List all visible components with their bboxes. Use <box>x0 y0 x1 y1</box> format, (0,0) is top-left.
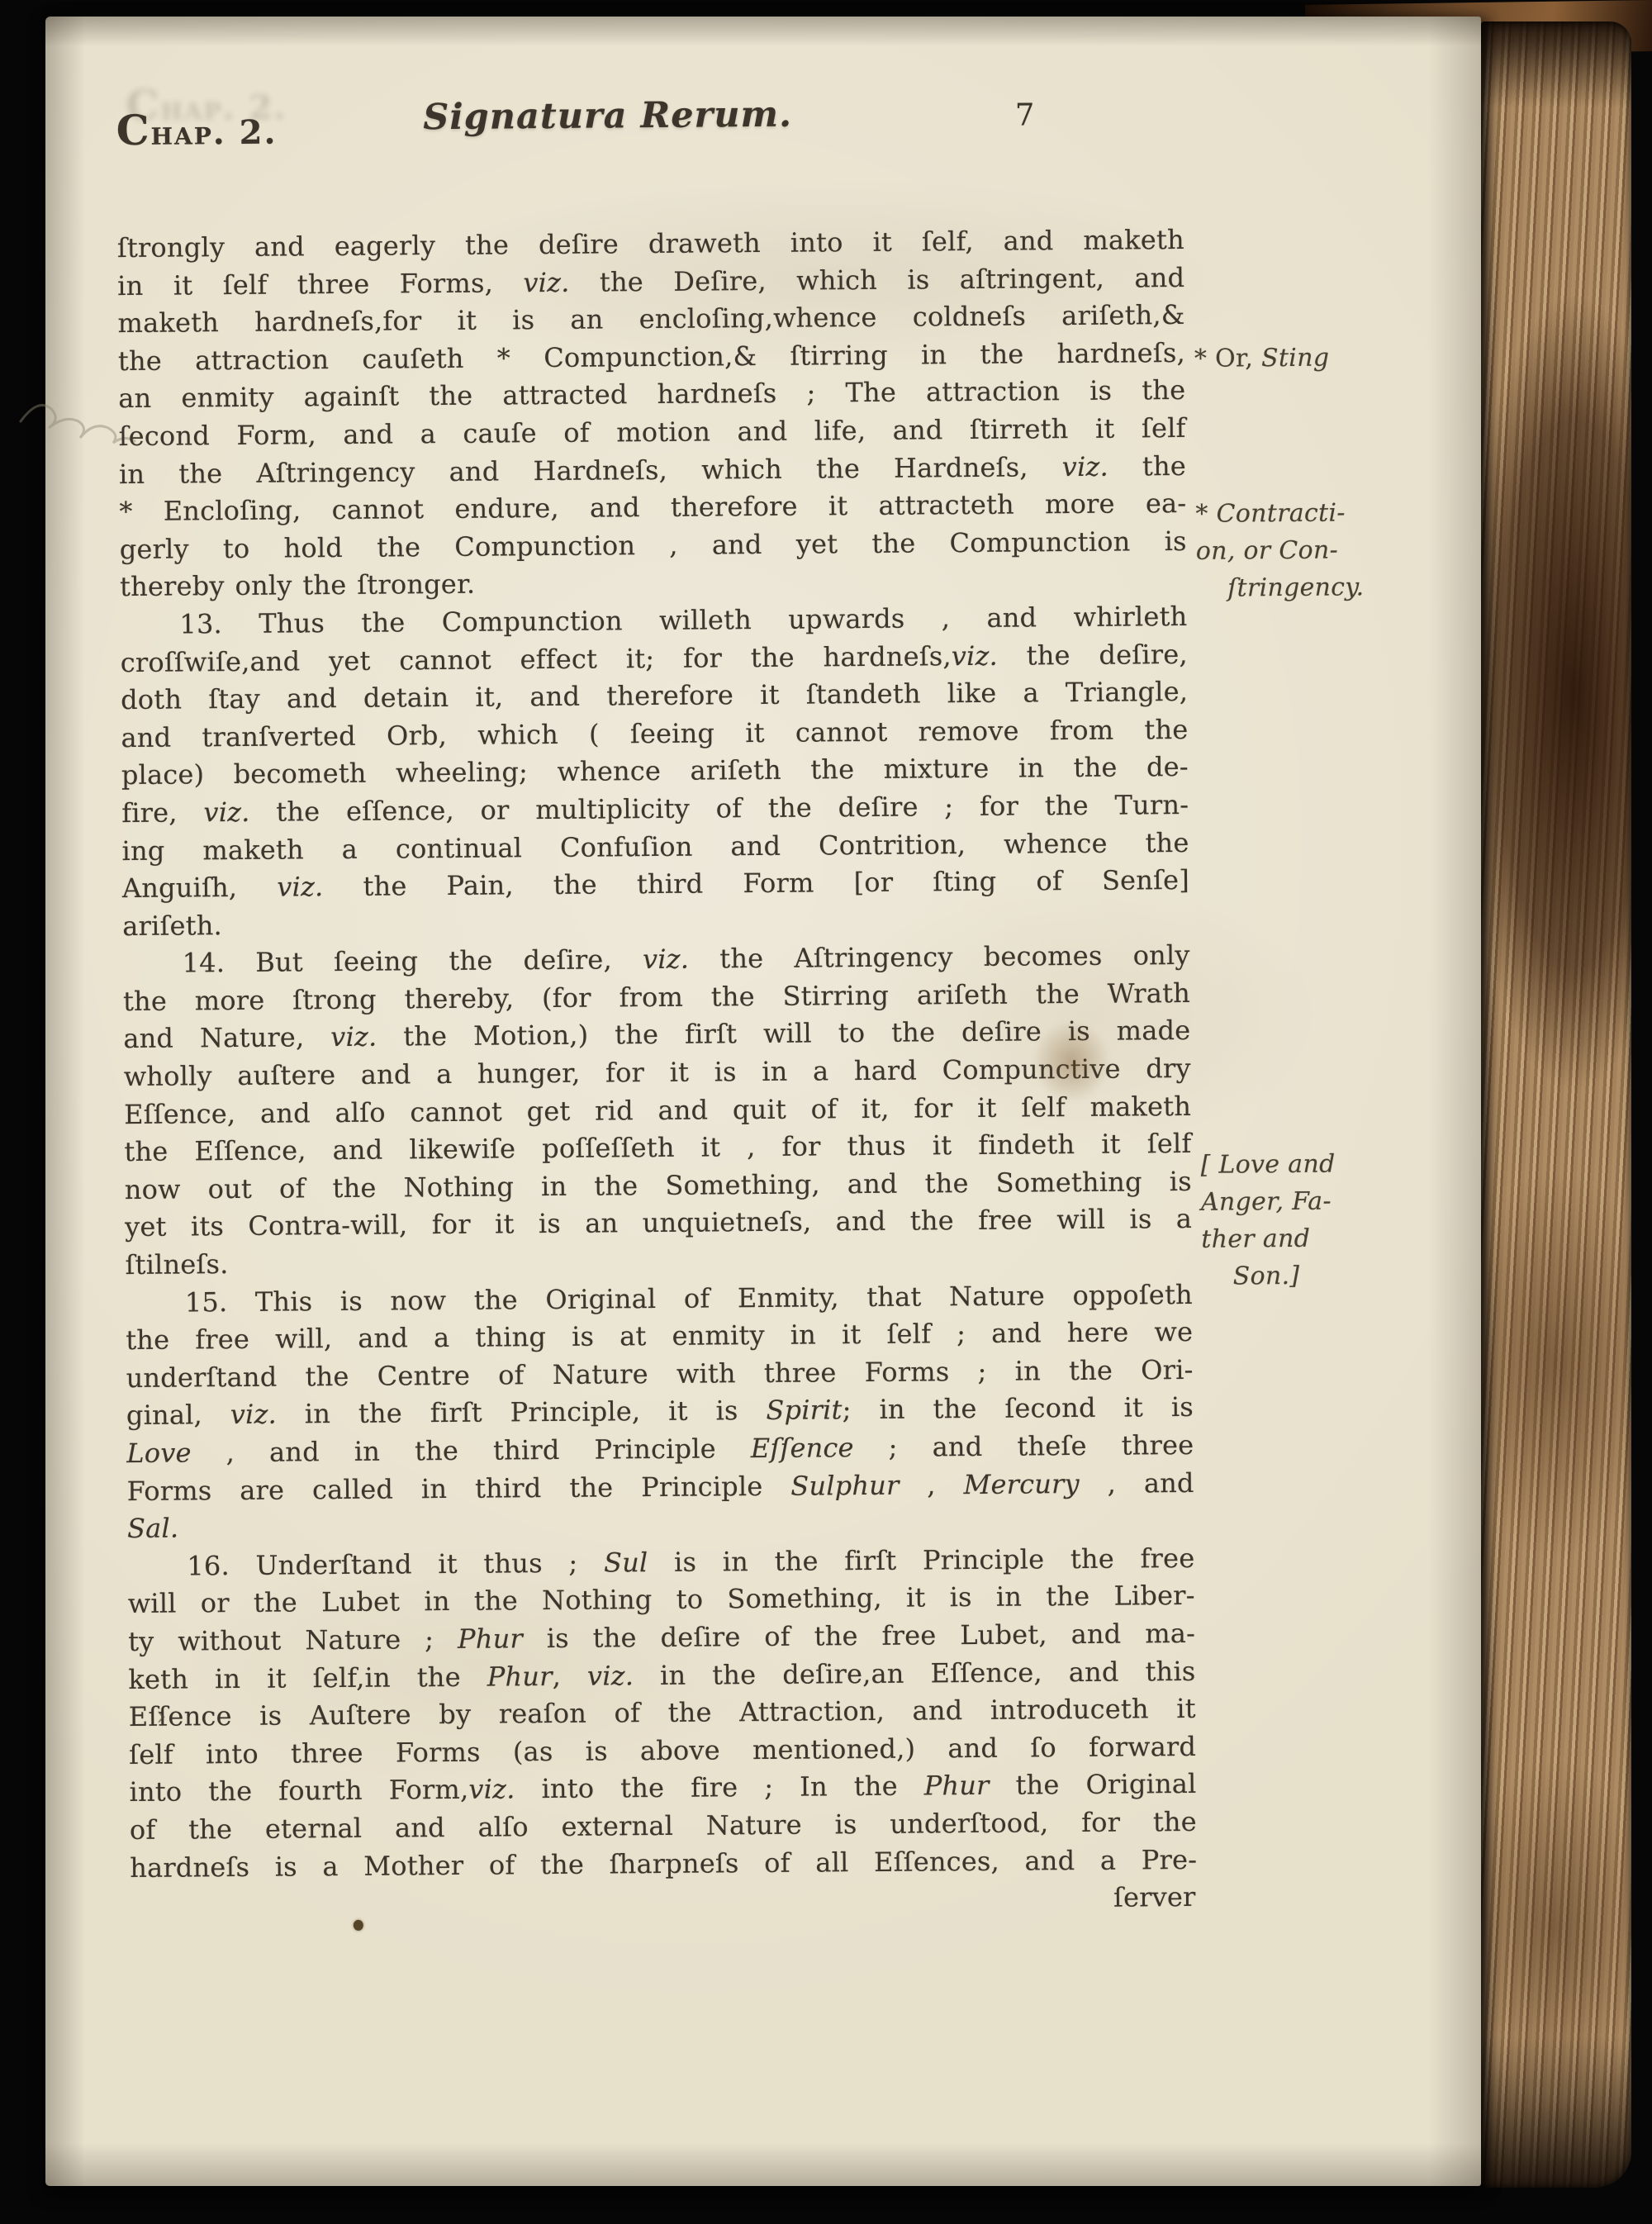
text-segment: in the firſt Principle, it is <box>277 1395 767 1430</box>
text-segment: keth in it ſelf,in the <box>128 1661 487 1694</box>
text-segment: viz. <box>230 1399 277 1430</box>
text-segment: is in the firſt Principle the free <box>648 1542 1194 1578</box>
text-segment: the Aſtringency becomes only <box>689 939 1190 975</box>
text-segment: Anguiſh, <box>122 872 278 904</box>
margin-mark: › <box>156 1700 167 1732</box>
running-title: Signatura Rerum. <box>351 93 863 139</box>
text-segment: in the deſire,an Eſſence, and this <box>634 1655 1196 1690</box>
text-segment: gerly to hold the Compunction , and yet … <box>120 525 1187 565</box>
text-segment: , and in the third Principle <box>192 1433 751 1468</box>
margin-note-line: [ Love and <box>1200 1144 1448 1183</box>
text-segment: viz. <box>952 639 998 671</box>
text-segment: 13. Thus the Compunction willeth upwards… <box>179 601 1187 640</box>
text-segment: ſtrongly and eagerly the deſire draweth … <box>117 224 1184 264</box>
text-segment: hardneſs is a Mother of the ſharpneſs of… <box>130 1843 1197 1883</box>
text-segment: thereby only the ſtronger. <box>120 568 476 602</box>
margin-note-line: * Contracti- <box>1195 494 1443 533</box>
text-segment: doth ſtay and detain it, and therefore i… <box>121 676 1188 715</box>
text-segment: Son.] <box>1233 1262 1300 1291</box>
text-segment: , <box>899 1469 963 1501</box>
text-segment: the free will, and a thing is at enmity … <box>126 1316 1193 1356</box>
text-segment: * Or, <box>1194 344 1261 373</box>
text-segment: fire, <box>121 796 204 829</box>
text-segment: Sal. <box>127 1513 179 1544</box>
text-segment: Anger, Fa- <box>1201 1187 1332 1217</box>
text-segment: ; and theſe three <box>854 1429 1194 1463</box>
text-segment: ; in the ſecond it is <box>843 1391 1194 1425</box>
text-segment: ſelf into three Forms (as is above menti… <box>129 1731 1196 1770</box>
text-segment: 14. But ſeeing the deſire, <box>183 943 643 978</box>
text-segment: and Nature, <box>123 1022 330 1055</box>
text-segment: the more ſtrong thereby, (for from the S… <box>123 977 1190 1017</box>
text-segment: ing maketh a continual Confuſion and Con… <box>121 826 1189 866</box>
text-segment: maketh hardneſs,for it is an encloſing,w… <box>117 299 1184 339</box>
page-number: 7 <box>987 97 1061 133</box>
text-segment: the eſſence, or multiplicity of the deſi… <box>249 789 1189 828</box>
text-segment: Love <box>126 1437 192 1469</box>
text-segment: of the eternal and alſo external Nature … <box>130 1806 1197 1846</box>
text-segment: the deſire, <box>998 638 1188 671</box>
text-segment: Eſſence, and alſo cannot get rid and qui… <box>124 1091 1191 1130</box>
text-segment: in the Aſtringency and Hardneſs, which t… <box>119 451 1062 490</box>
text-segment: 15. This is now the Original of Enmity, … <box>185 1279 1193 1319</box>
text-segment: the Eſſence, and likewiſe poſſeſſeth it … <box>124 1128 1191 1167</box>
text-segment: [ Love and <box>1200 1150 1335 1180</box>
text-segment: the Original <box>989 1768 1196 1801</box>
margin-note-line: on, or Con- <box>1196 531 1444 570</box>
text-segment: ſecond Form, and a cauſe of motion and l… <box>119 412 1186 452</box>
text-segment: ty without Nature ; <box>128 1623 458 1657</box>
text-segment: the <box>1108 450 1186 482</box>
text-segment: viz. <box>203 796 249 828</box>
margin-note-line: ſtringency. <box>1196 568 1444 607</box>
text-segment: into the fire ; In the <box>515 1770 923 1805</box>
text-segment: ther and <box>1201 1224 1310 1254</box>
text-segment: 16. Underſtand it thus ; <box>187 1547 604 1581</box>
text-segment: * Contracti- <box>1195 498 1346 528</box>
margin-note-contraction: * Contracti-on, or Con-ſtringency. <box>1195 494 1444 607</box>
text-segment: ſerver <box>1113 1881 1196 1913</box>
book-page: Chap. 2. Signatura Rerum. 7 ſtrongly and… <box>45 17 1481 2186</box>
text-segment: is the deſire of the free Lubet, and ma- <box>523 1618 1195 1654</box>
text-segment: viz. <box>523 266 569 297</box>
margin-note-love-anger: [ Love andAnger, Fa-ther andSon.] <box>1200 1144 1449 1295</box>
text-segment: Phur <box>924 1770 990 1802</box>
text-segment: viz. <box>643 943 689 975</box>
text-segment: into the fourth Form, <box>129 1774 468 1808</box>
text-segment: viz. <box>277 871 323 902</box>
text-segment: ſtringency. <box>1227 573 1365 602</box>
ink-dot <box>354 1920 363 1931</box>
text-segment: , and <box>1080 1467 1194 1499</box>
text-segment: * Encloſing, cannot endure, and therefor… <box>119 487 1186 527</box>
margin-note-sting: * Or, Sting <box>1194 339 1442 378</box>
text-segment: wholly auſtere and a hunger, for it is i… <box>124 1053 1191 1092</box>
text-segment: ſtilneſs. <box>125 1248 228 1281</box>
text-segment: an enmity againſt the attracted hardneſs… <box>118 374 1185 414</box>
text-segment: viz. <box>468 1774 515 1805</box>
text-segment: place) becometh wheeling; whence ariſeth… <box>121 751 1189 791</box>
text-segment: in it ſelf three Forms, <box>117 267 523 302</box>
text-segment: viz. <box>1062 450 1108 482</box>
margin-note-line: Anger, Fa- <box>1201 1181 1449 1220</box>
book-scan: Chap. 2. Signatura Rerum. 7 ſtrongly and… <box>0 0 1652 2224</box>
text-segment: Sting <box>1261 344 1330 373</box>
text-segment: croſſwiſe,and yet cannot effect it; for … <box>121 640 952 678</box>
text-segment: Eſſence is Auſtere by reaſon of the Attr… <box>129 1693 1196 1732</box>
text-segment: Phur <box>458 1623 523 1655</box>
text-segment: the Pain, the third Form [or ſting of Se… <box>323 864 1189 902</box>
text-segment: Sul <box>604 1547 648 1578</box>
text-segment: will or the Lubet in the Nothing to Some… <box>128 1580 1195 1619</box>
text-segment: Phur <box>487 1661 553 1693</box>
text-segment: on, or Con- <box>1196 536 1338 566</box>
page-content: Chap. 2. Signatura Rerum. 7 ſtrongly and… <box>37 11 1490 2192</box>
text-segment: underſtand the Centre of Nature with thr… <box>126 1354 1193 1394</box>
margin-note-line: ther and <box>1201 1219 1449 1257</box>
text-segment: the attraction cauſeth * Compunction,& ſ… <box>118 337 1185 377</box>
text-segment: ariſeth. <box>122 910 222 942</box>
text-segment: , <box>552 1660 587 1691</box>
text-segment: and tranſverted Orb, which ( ſeeing it c… <box>121 714 1188 753</box>
text-segment: yet its Contra-will, for it is an unquie… <box>125 1203 1192 1243</box>
text-segment: Spirit <box>766 1395 843 1427</box>
margin-note-line: Son.] <box>1202 1256 1450 1295</box>
text-segment: viz. <box>330 1021 377 1053</box>
ink-stain <box>1032 1020 1111 1104</box>
chapter-heading: Chap. 2. <box>116 105 278 155</box>
text-segment: Sulphur <box>790 1469 899 1501</box>
margin-note-line: * Or, Sting <box>1194 339 1442 378</box>
text-segment: the Deſire, which is aſtringent, and <box>569 262 1184 298</box>
book-page-edges <box>1481 21 1631 2188</box>
text-segment: Forms are called in third the Principle <box>127 1470 791 1506</box>
text-segment: Eſſence <box>751 1432 854 1464</box>
text-segment: ginal, <box>126 1399 230 1431</box>
text-segment: now out of the Nothing in the Something,… <box>125 1166 1192 1205</box>
text-segment: Mercury <box>963 1468 1080 1500</box>
text-segment: viz. <box>587 1660 634 1691</box>
